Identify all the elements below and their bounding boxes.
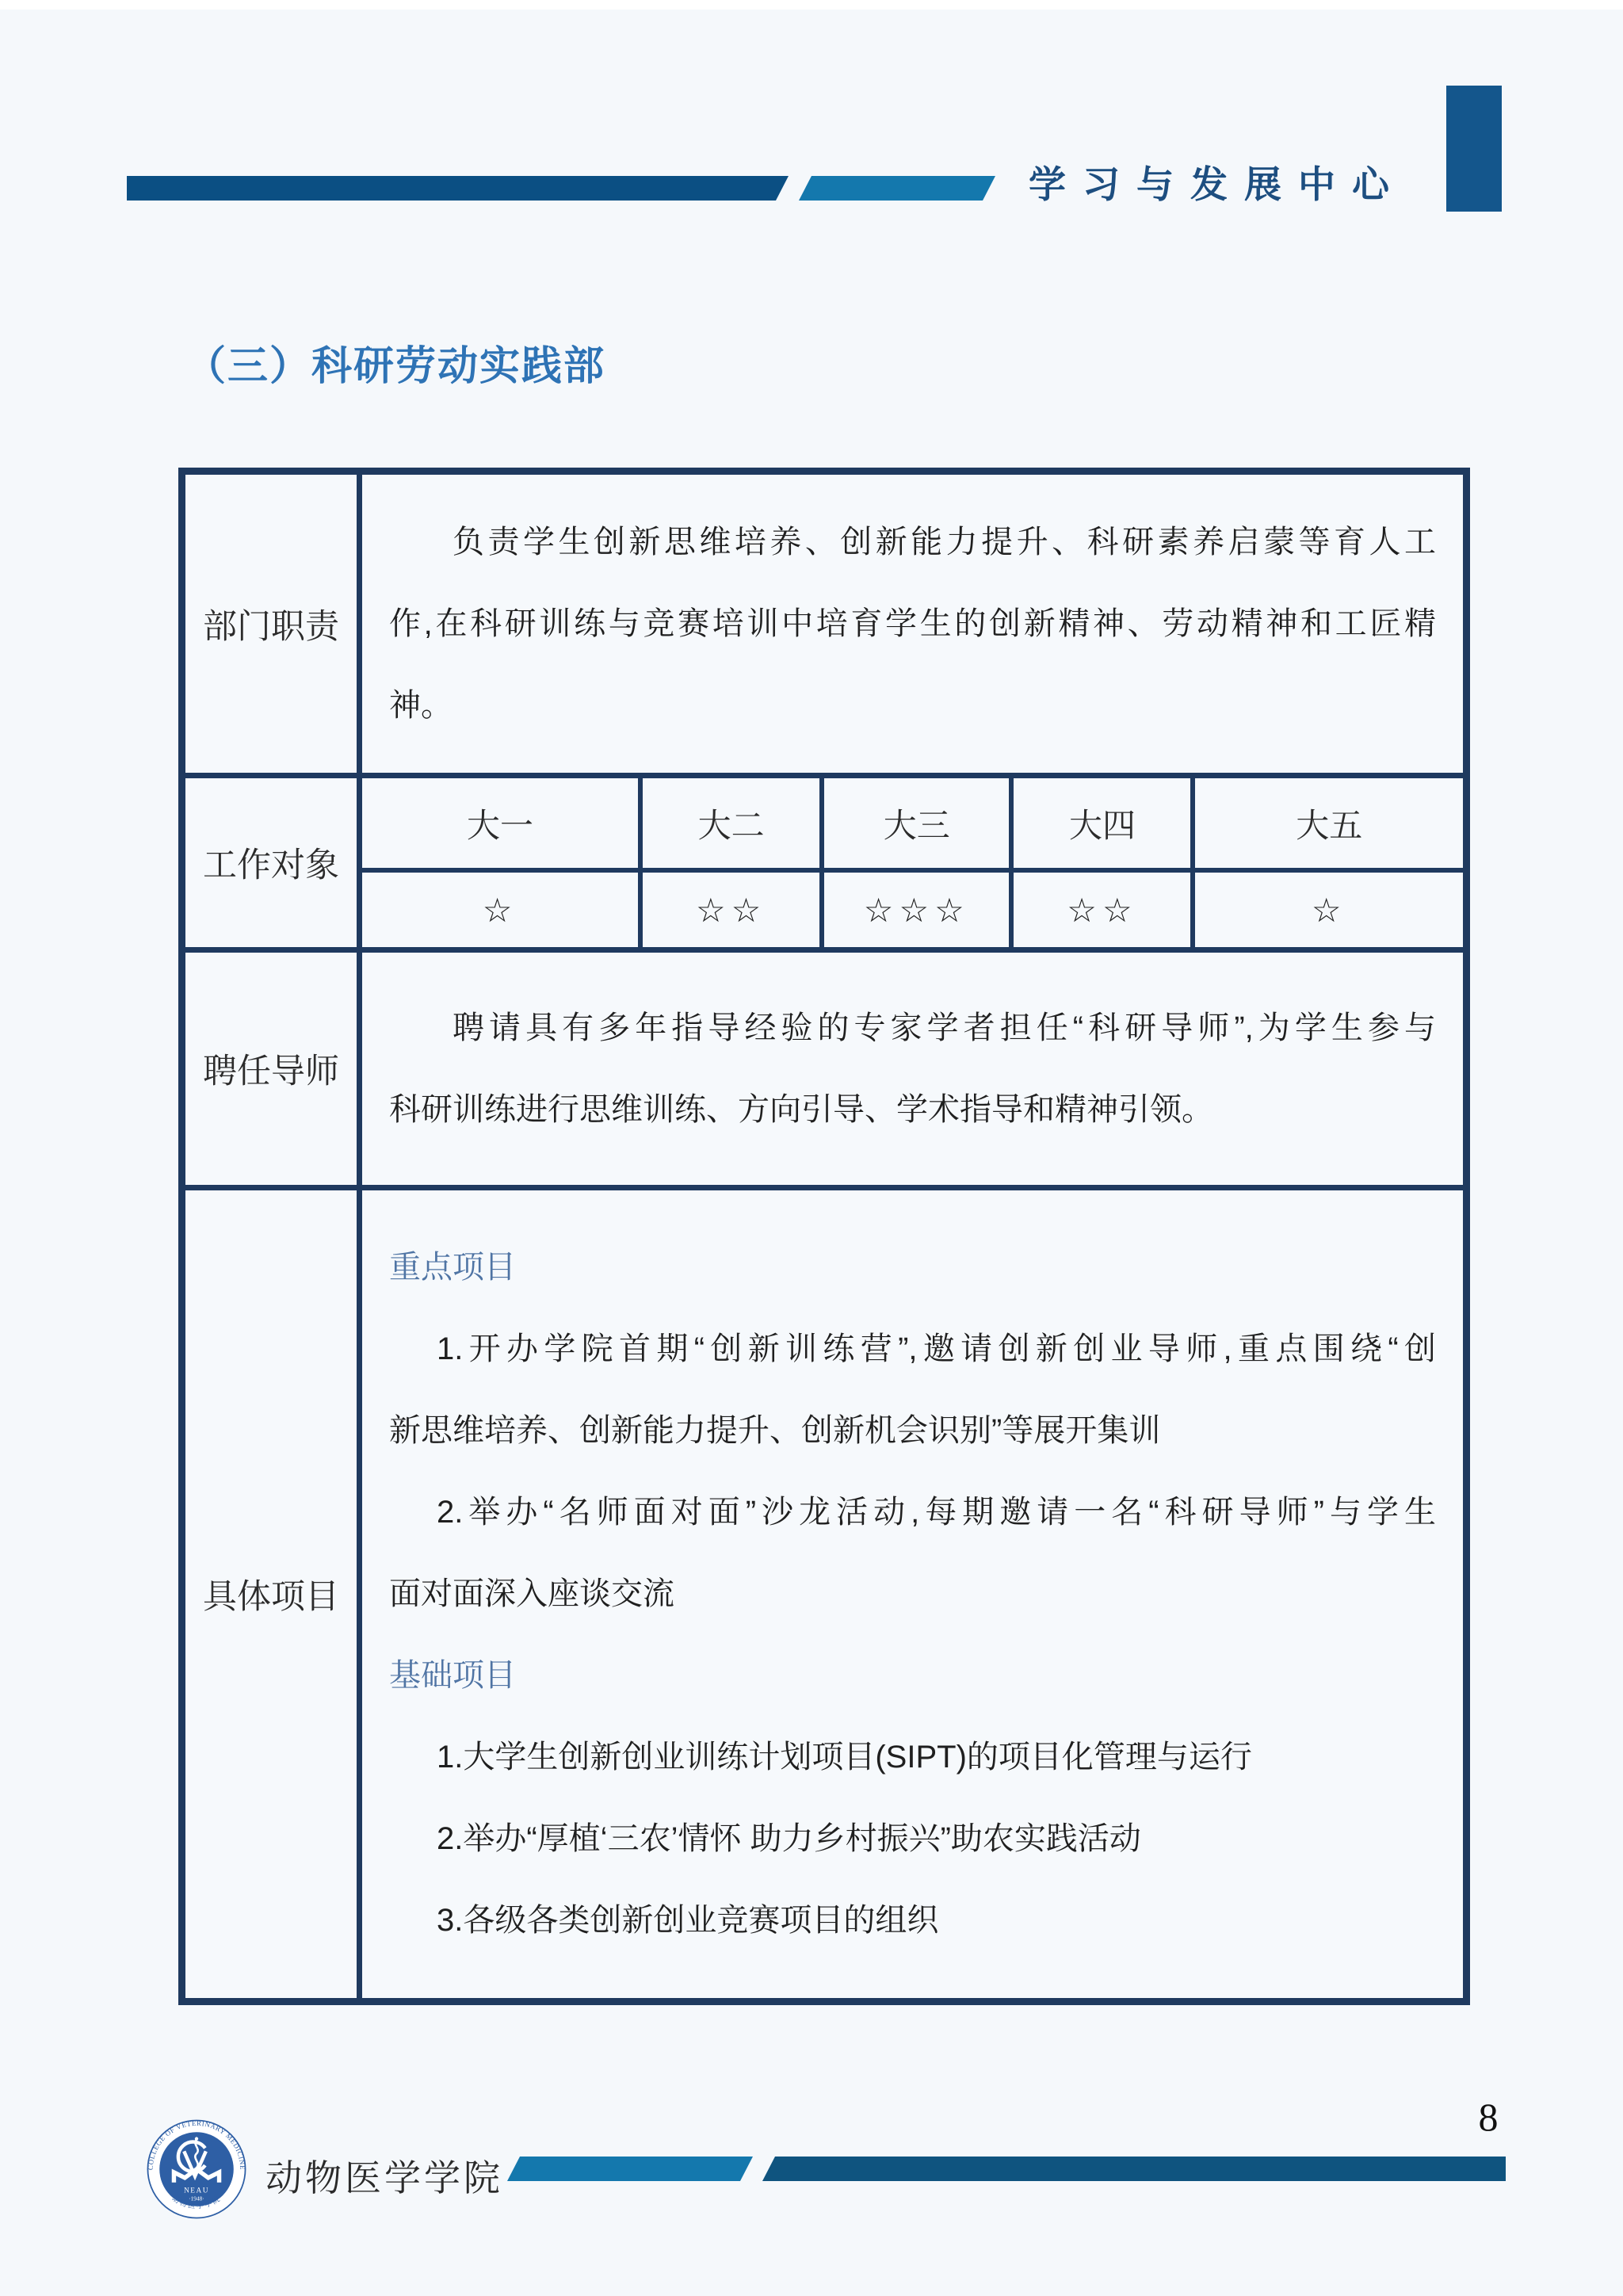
projects-line: 新思维培养、创新能力提升、创新机会识别”等展开集训 (389, 1390, 1436, 1472)
footer-dark-bar (762, 2157, 1506, 2181)
projects-content: 重点项目 1.开办学院首期“创新训练营”,邀请创新创业导师,重点围绕“创 新思维… (362, 1190, 1463, 1998)
projects-line: 1.大学生创新创业训练计划项目(SIPT)的项目化管理与运行 (389, 1717, 1436, 1798)
footer-light-bar (507, 2157, 753, 2181)
table-row-target: 工作对象 大一 大二 大三 大四 大五 ☆ ☆☆ ☆☆☆ ☆☆ ☆ (185, 773, 1463, 947)
header-vertical-bar (1446, 86, 1502, 212)
projects-subhead-key: 重点项目 (389, 1227, 1436, 1308)
header-dark-bar (127, 176, 789, 201)
logo-year: ·1948· (189, 2195, 204, 2202)
row-label-mentor: 聘任导师 (185, 953, 362, 1185)
header-light-bar (799, 176, 995, 201)
star-rating: ☆ (362, 868, 638, 947)
page-number: 8 (1457, 2094, 1520, 2140)
duty-line: 神。 (389, 665, 1436, 747)
table-row-projects: 具体项目 重点项目 1.开办学院首期“创新训练营”,邀请创新创业导师,重点围绕“… (185, 1185, 1463, 1998)
star-rating: ☆☆ (638, 868, 819, 947)
projects-line: 3.各级各类创新创业竞赛项目的组织 (389, 1880, 1436, 1962)
star-rating: ☆☆ (1009, 868, 1190, 947)
mentor-line: 聘请具有多年指导经验的专家学者担任“科研导师”,为学生参与 (389, 988, 1436, 1069)
college-seal-logo: COLLEGE OF VETERINARY MEDICINE 动物医学学院 NE… (146, 2118, 247, 2220)
table-row-mentor: 聘任导师 聘请具有多年指导经验的专家学者担任“科研导师”,为学生参与 科研训练进… (185, 947, 1463, 1185)
department-table: 部门职责 负责学生创新思维培养、创新能力提升、科研素养启蒙等育人工 作,在科研训… (178, 468, 1470, 2005)
page-top-margin (0, 0, 1623, 10)
table-row-duty: 部门职责 负责学生创新思维培养、创新能力提升、科研素养启蒙等育人工 作,在科研训… (185, 475, 1463, 773)
projects-line: 面对面深入座谈交流 (389, 1553, 1436, 1635)
star-rating: ☆ (1190, 868, 1463, 947)
projects-subhead-basic: 基础项目 (389, 1635, 1436, 1717)
star-rating: ☆☆☆ (819, 868, 1009, 947)
header-title: 学习与发展中心 (1029, 155, 1406, 208)
row-label-projects: 具体项目 (185, 1190, 362, 1998)
grade-header: 大二 (638, 778, 819, 868)
duty-line: 负责学生创新思维培养、创新能力提升、科研素养启蒙等育人工 (389, 502, 1436, 583)
projects-line: 2.举办“厚植‘三农’情怀 助力乡村振兴”助农实践活动 (389, 1798, 1436, 1880)
duty-line: 作,在科研训练与竞赛培训中培育学生的创新精神、劳动精神和工匠精 (389, 583, 1436, 665)
projects-line: 2.举办“名师面对面”沙龙活动,每期邀请一名“科研导师”与学生 (389, 1472, 1436, 1553)
grade-grid: 大一 大二 大三 大四 大五 ☆ ☆☆ ☆☆☆ ☆☆ ☆ (362, 778, 1463, 947)
row-label-target: 工作对象 (185, 778, 362, 947)
row-label-duty: 部门职责 (185, 475, 362, 773)
grade-header: 大五 (1190, 778, 1463, 868)
grade-header: 大三 (819, 778, 1009, 868)
duty-content: 负责学生创新思维培养、创新能力提升、科研素养启蒙等育人工 作,在科研训练与竞赛培… (362, 475, 1463, 773)
projects-line: 1.开办学院首期“创新训练营”,邀请创新创业导师,重点围绕“创 (389, 1308, 1436, 1390)
mentor-content: 聘请具有多年指导经验的专家学者担任“科研导师”,为学生参与 科研训练进行思维训练… (362, 953, 1463, 1185)
section-heading: （三）科研劳动实践部 (185, 333, 605, 392)
grade-header: 大一 (362, 778, 638, 868)
mentor-line: 科研训练进行思维训练、方向引导、学术指导和精神引领。 (389, 1069, 1436, 1151)
logo-abbr: NEAU (184, 2187, 209, 2195)
footer-college-name: 动物医学学院 (265, 2149, 503, 2202)
grade-header: 大四 (1009, 778, 1190, 868)
